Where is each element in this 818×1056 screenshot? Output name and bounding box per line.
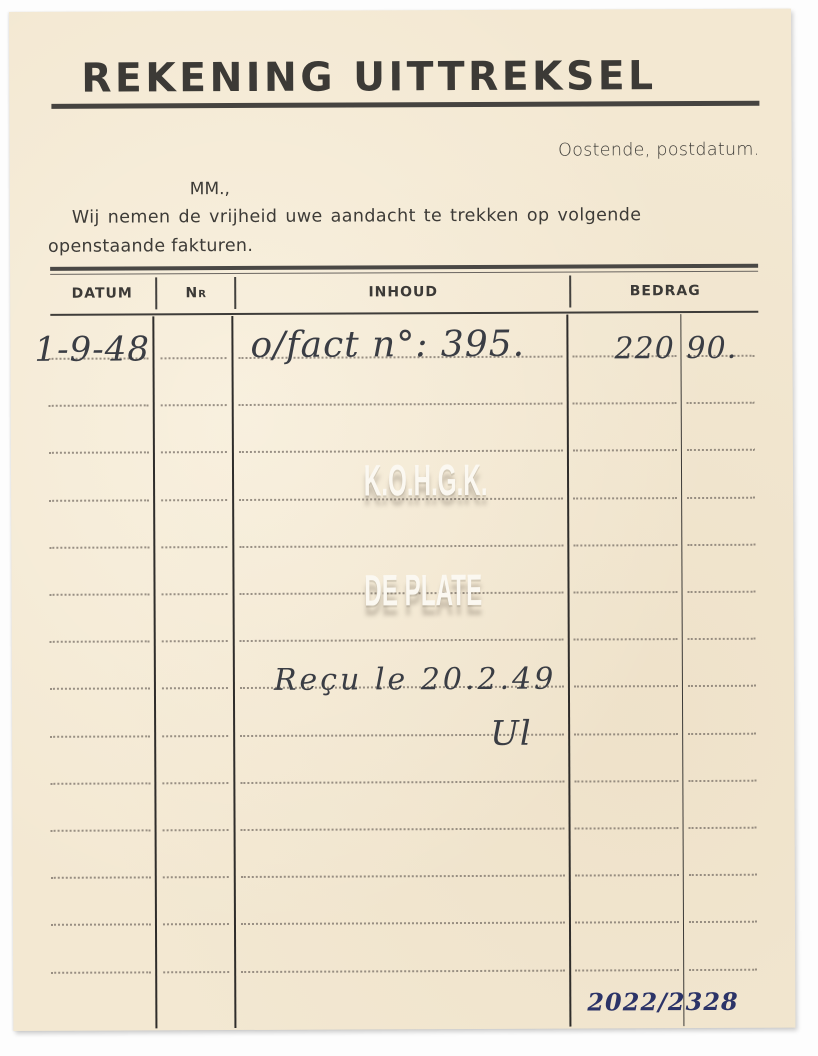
column-divider-nr-inhoud xyxy=(231,316,236,1028)
table-top-rule xyxy=(50,264,758,271)
row-dotted-line xyxy=(575,921,679,923)
row-dotted-line xyxy=(574,733,678,735)
column-header-inhoud: INHOUD xyxy=(236,284,570,301)
row-dotted-line xyxy=(161,499,227,501)
table-body xyxy=(9,9,791,12)
column-divider-bedrag-cents xyxy=(680,314,684,1026)
row-dotted-line xyxy=(239,403,563,406)
row-dotted-line xyxy=(161,357,227,359)
row-dotted-line xyxy=(51,877,151,879)
intro-text-line-2: openstaande fakturen. xyxy=(48,236,253,257)
row-dotted-line xyxy=(50,593,150,595)
intro-text-line-1: Wij nemen de vrijheid uwe aandacht te tr… xyxy=(72,205,642,227)
row-dotted-line xyxy=(574,638,678,640)
column-header-nr: NR xyxy=(158,285,234,301)
row-dotted-line xyxy=(574,780,678,782)
row-dotted-line xyxy=(239,450,563,453)
row-dotted-line xyxy=(51,924,151,926)
row-dotted-line xyxy=(162,782,228,784)
row-dotted-line xyxy=(241,828,565,831)
initials-signature: Ul xyxy=(490,714,532,754)
place-and-date: Oostende, postdatum. xyxy=(558,140,760,161)
entry-amount-cents: 90. xyxy=(686,331,737,366)
entry-description: o/fact n°: 395. xyxy=(250,324,525,366)
column-header-datum: DATUM xyxy=(50,285,154,301)
row-dotted-line xyxy=(575,827,679,829)
column-divider-datum-nr xyxy=(152,316,157,1028)
row-dotted-line xyxy=(573,449,677,451)
document-title: REKENING UITTREKSEL xyxy=(81,53,748,102)
title-underline xyxy=(51,101,759,109)
header-separator xyxy=(155,277,157,309)
row-dotted-line xyxy=(574,591,678,593)
watermark-line-1: K.O.H.G.K. xyxy=(364,456,469,506)
row-dotted-line xyxy=(573,497,677,499)
row-dotted-line xyxy=(239,544,563,547)
row-dotted-line xyxy=(689,874,757,876)
row-dotted-line xyxy=(51,971,151,973)
row-dotted-line xyxy=(50,688,150,690)
row-dotted-line xyxy=(687,544,755,546)
row-dotted-line xyxy=(688,685,756,687)
row-dotted-line xyxy=(49,452,149,454)
row-dotted-line xyxy=(50,782,150,784)
row-dotted-line xyxy=(161,451,227,453)
row-dotted-line xyxy=(573,544,677,546)
row-dotted-line xyxy=(688,591,756,593)
row-dotted-line xyxy=(573,402,677,404)
entry-date: 1-9-48 xyxy=(34,329,150,370)
row-dotted-line xyxy=(161,404,227,406)
entry-amount-whole: 220 xyxy=(614,331,674,366)
row-dotted-line xyxy=(50,641,150,643)
row-dotted-line xyxy=(574,685,678,687)
row-dotted-line xyxy=(161,546,227,548)
row-dotted-line xyxy=(162,687,228,689)
row-dotted-line xyxy=(687,402,755,404)
invoice-statement-paper: REKENING UITTREKSEL Oostende, postdatum.… xyxy=(9,9,795,1031)
received-note: Reçu le 20.2.49 xyxy=(274,662,557,698)
archive-number: 2022/2328 xyxy=(587,987,738,1017)
row-dotted-line xyxy=(689,827,757,829)
row-dotted-line xyxy=(241,969,565,972)
row-dotted-line xyxy=(163,971,229,973)
row-dotted-line xyxy=(240,780,564,783)
salutation: MM., xyxy=(190,179,230,199)
row-dotted-line xyxy=(575,874,679,876)
row-dotted-line xyxy=(687,449,755,451)
watermark-line-2: DE PLATE xyxy=(364,566,469,616)
row-dotted-line xyxy=(241,922,565,925)
column-header-bedrag: BEDRAG xyxy=(571,283,759,300)
row-dotted-line xyxy=(241,875,565,878)
row-dotted-line xyxy=(688,732,756,734)
row-dotted-line xyxy=(162,640,228,642)
row-dotted-line xyxy=(688,638,756,640)
row-dotted-line xyxy=(162,593,228,595)
table-top-rule-thin xyxy=(50,271,758,275)
row-dotted-line xyxy=(687,496,755,498)
row-dotted-line xyxy=(688,780,756,782)
column-divider-inhoud-bedrag xyxy=(566,315,571,1027)
row-dotted-line xyxy=(50,735,150,737)
row-dotted-line xyxy=(163,923,229,925)
row-dotted-line xyxy=(575,969,679,971)
table-header-bottom-rule xyxy=(50,311,758,316)
row-dotted-line xyxy=(49,546,149,548)
row-dotted-line xyxy=(51,829,151,831)
row-dotted-line xyxy=(162,735,228,737)
row-dotted-line xyxy=(163,876,229,878)
row-dotted-line xyxy=(240,639,564,642)
row-dotted-line xyxy=(689,921,757,923)
row-dotted-line xyxy=(163,829,229,831)
row-dotted-line xyxy=(49,499,149,501)
row-dotted-line xyxy=(49,405,149,407)
row-dotted-line xyxy=(689,968,757,970)
